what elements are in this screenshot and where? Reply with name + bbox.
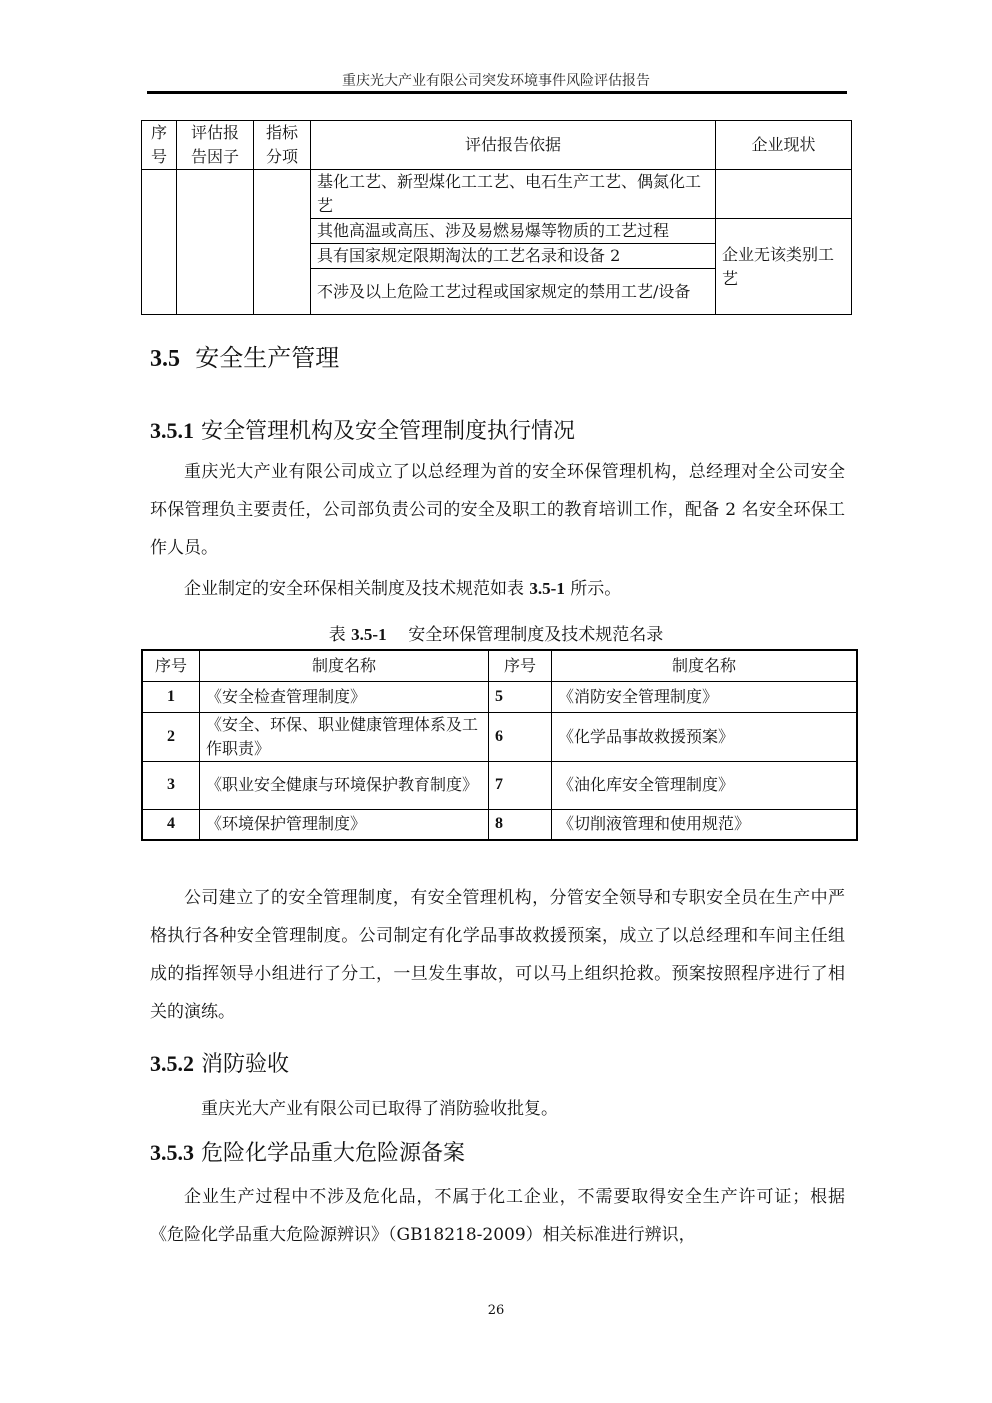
caption-title: 安全环保管理制度及技术规范名录: [408, 625, 663, 645]
name-cell: 《安全检查管理制度》: [200, 681, 489, 712]
paragraph-fire-acceptance: 重庆光大产业有限公司已取得了消防验收批复。: [150, 1090, 845, 1128]
table-header-row: 序 号 评估报 告因子 指标 分项 评估报告依据 企业现状: [142, 121, 852, 170]
header-name-a: 制度名称: [200, 650, 489, 681]
header-line: 号: [151, 147, 167, 166]
serial-cell: 3: [142, 761, 200, 809]
header-serial-b: 序号: [489, 650, 552, 681]
serial-cell: 7: [489, 761, 552, 809]
header-line: 告因子: [191, 147, 239, 166]
header-name-b: 制度名称: [552, 650, 858, 681]
table-row: 3 《职业安全健康与环境保护教育制度》 7 《油化库安全管理制度》: [142, 761, 857, 809]
header-line: 评估报: [191, 123, 239, 142]
caption-prefix: 表: [329, 625, 346, 645]
basis-cell: 基化工艺、新型煤化工工艺、电石生产工艺、偶氮化工艺: [311, 170, 716, 219]
section-title: 消防验收: [201, 1052, 289, 1077]
table-row: 2 《安全、环保、职业健康管理体系及工作职责》 6 《化学品事故救援预案》: [142, 712, 857, 761]
name-cell: 《职业安全健康与环境保护教育制度》: [200, 761, 489, 809]
section-heading-3-5: 3.5 安全生产管理: [150, 338, 339, 373]
section-heading-3-5-2: 3.5.2 消防验收: [150, 1047, 289, 1078]
section-number: 3.5: [150, 346, 180, 372]
name-cell: 《消防安全管理制度》: [552, 681, 858, 712]
section-title: 安全管理机构及安全管理制度执行情况: [201, 419, 575, 444]
basis-cell: 具有国家规定限期淘汰的工艺名录和设备 2: [311, 244, 716, 269]
header-line: 分项: [266, 147, 298, 166]
serial-cell: [142, 170, 177, 315]
assessment-table-continued: 序 号 评估报 告因子 指标 分项 评估报告依据 企业现状 基化工艺、新型煤化工…: [141, 120, 852, 315]
name-cell: 《油化库安全管理制度》: [552, 761, 858, 809]
basis-cell: 不涉及以上危险工艺过程或国家规定的禁用工艺/设备: [311, 269, 716, 315]
table-reference: 3.5-1: [529, 579, 564, 598]
section-title: 危险化学品重大危险源备案: [201, 1141, 465, 1166]
header-rule: [147, 91, 847, 94]
serial-cell: 8: [489, 809, 552, 840]
table-header-row: 序号 制度名称 序号 制度名称: [142, 650, 857, 681]
indicator-cell: [254, 170, 311, 315]
section-heading-3-5-3: 3.5.3 危险化学品重大危险源备案: [150, 1136, 465, 1167]
serial-cell: 6: [489, 712, 552, 761]
text: 企业制定的安全环保相关制度及技术规范如表: [184, 579, 529, 599]
table-caption: 表 3.5-1 安全环保管理制度及技术规范名录: [0, 620, 992, 645]
name-cell: 《安全、环保、职业健康管理体系及工作职责》: [200, 712, 489, 761]
section-title: 安全生产管理: [195, 344, 339, 372]
header-line: 指标: [266, 123, 298, 142]
serial-cell: 1: [142, 681, 200, 712]
table-row: 基化工艺、新型煤化工工艺、电石生产工艺、偶氮化工艺: [142, 170, 852, 219]
section-number: 3.5.3: [150, 1140, 194, 1165]
name-cell: 《化学品事故救援预案》: [552, 712, 858, 761]
status-cell: [716, 170, 852, 219]
name-cell: 《切削液管理和使用规范》: [552, 809, 858, 840]
paragraph-hazard-source: 企业生产过程中不涉及危化品，不属于化工企业，不需要取得安全生产许可证；根据《危险…: [150, 1178, 845, 1254]
section-number: 3.5.1: [150, 418, 194, 443]
paragraph-table-reference: 企业制定的安全环保相关制度及技术规范如表 3.5-1 所示。: [150, 570, 845, 608]
page-number: 26: [0, 1303, 992, 1318]
caption-number: 3.5-1: [351, 625, 386, 644]
header-line: 序: [151, 123, 167, 142]
header-serial: 序 号: [142, 121, 177, 170]
name-cell: 《环境保护管理制度》: [200, 809, 489, 840]
section-number: 3.5.2: [150, 1051, 194, 1076]
status-cell: 企业无该类别工艺: [716, 219, 852, 315]
paragraph-safety-management: 公司建立了的安全管理制度，有安全管理机构，分管安全领导和专职安全员在生产中严格执…: [150, 879, 845, 1031]
header-factor: 评估报 告因子: [177, 121, 254, 170]
header-basis: 评估报告依据: [311, 121, 716, 170]
document-header-title: 重庆光大产业有限公司突发环境事件风险评估报告: [0, 70, 992, 90]
serial-cell: 2: [142, 712, 200, 761]
header-indicator: 指标 分项: [254, 121, 311, 170]
factor-cell: [177, 170, 254, 315]
safety-regulations-table: 序号 制度名称 序号 制度名称 1 《安全检查管理制度》 5 《消防安全管理制度…: [141, 649, 858, 841]
serial-cell: 4: [142, 809, 200, 840]
serial-cell: 5: [489, 681, 552, 712]
header-serial-a: 序号: [142, 650, 200, 681]
text: 所示。: [565, 579, 621, 599]
table-row: 1 《安全检查管理制度》 5 《消防安全管理制度》: [142, 681, 857, 712]
section-heading-3-5-1: 3.5.1 安全管理机构及安全管理制度执行情况: [150, 414, 575, 445]
paragraph-safety-org: 重庆光大产业有限公司成立了以总经理为首的安全环保管理机构，总经理对全公司安全环保…: [150, 453, 845, 567]
header-status: 企业现状: [716, 121, 852, 170]
basis-cell: 其他高温或高压、涉及易燃易爆等物质的工艺过程: [311, 219, 716, 244]
table-row: 4 《环境保护管理制度》 8 《切削液管理和使用规范》: [142, 809, 857, 840]
